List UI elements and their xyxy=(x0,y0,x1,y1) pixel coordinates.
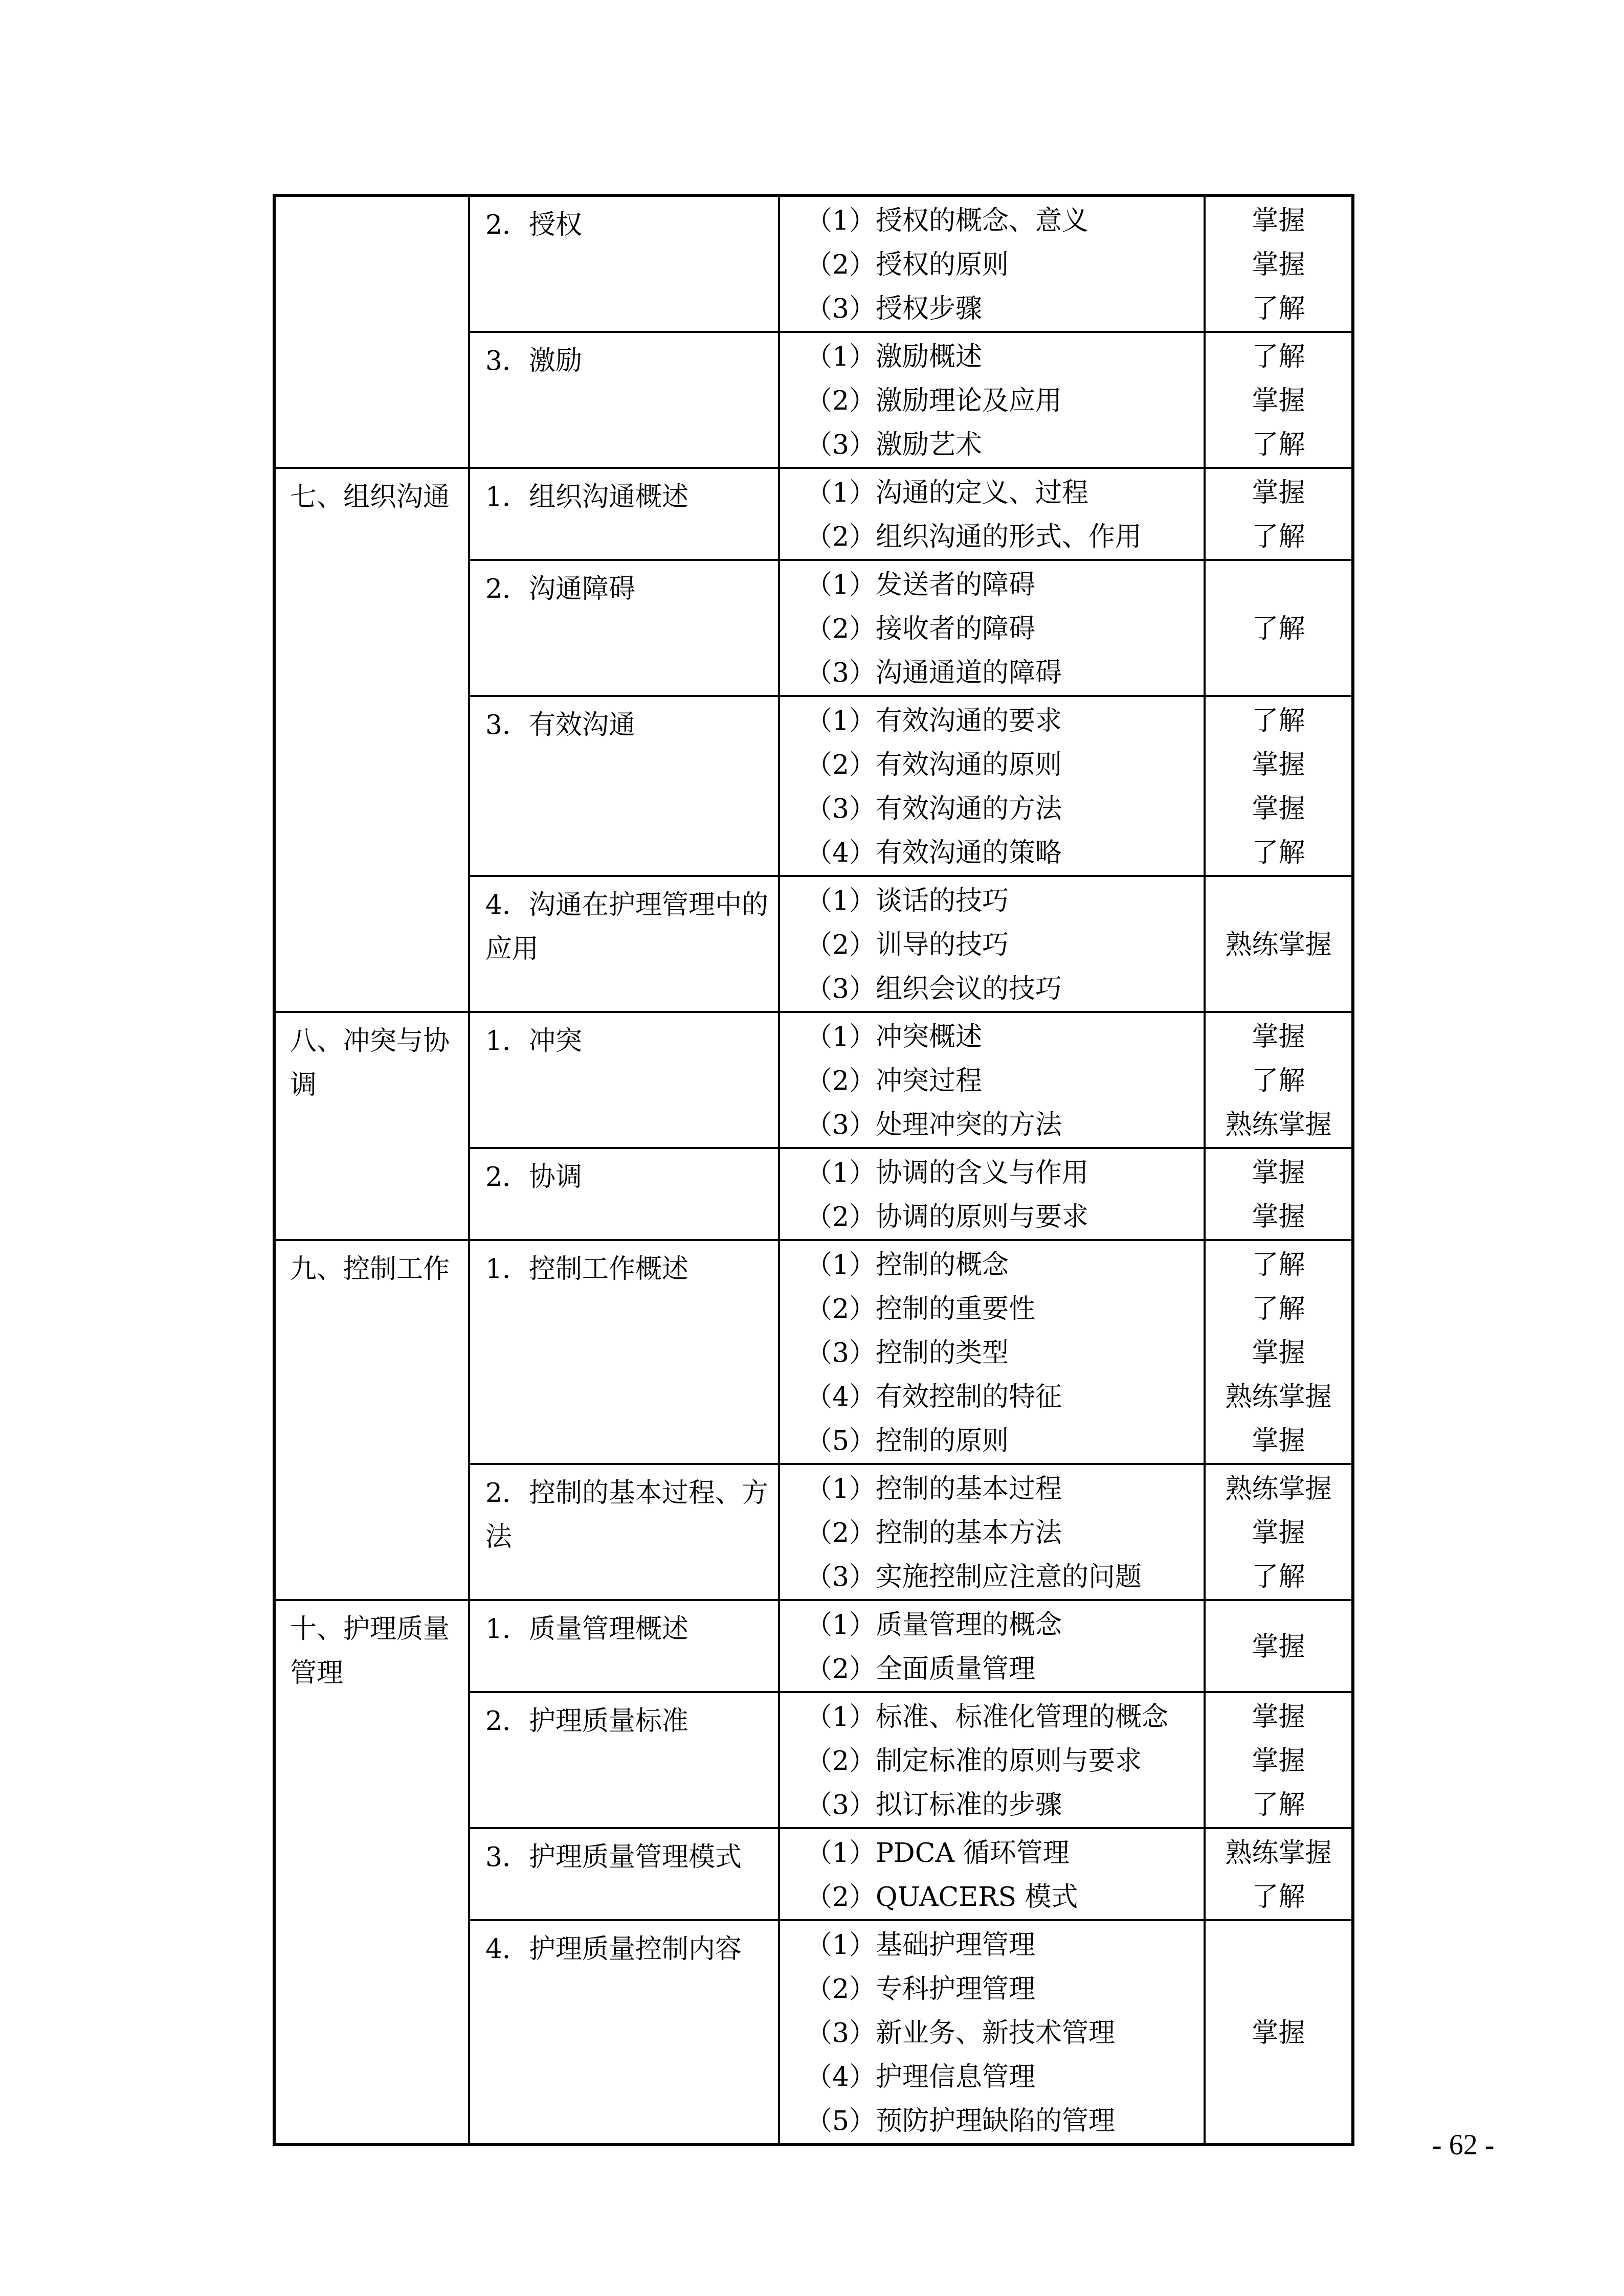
requirement-level: 了解 xyxy=(1206,1555,1351,1599)
content-item: （3）拟订标准的步骤 xyxy=(806,1783,1198,1827)
content-cell: （1）标准、标准化管理的概念（2）制定标准的原则与要求（3）拟订标准的步骤 xyxy=(779,1692,1205,1828)
topic-cell: 1．控制工作概述 xyxy=(469,1240,779,1464)
requirement-level: 熟练掌握 xyxy=(1206,1467,1351,1511)
topic-cell: 2．沟通障碍 xyxy=(469,560,779,696)
requirement-level: 熟练掌握 xyxy=(1206,1375,1351,1419)
requirement-level: 了解 xyxy=(1206,1783,1351,1827)
unit-cell: 八、冲突与协调 xyxy=(274,1012,469,1240)
content-cell: （1）谈话的技巧（2）训导的技巧（3）组织会议的技巧 xyxy=(779,876,1205,1012)
content-item: （3）组织会议的技巧 xyxy=(806,967,1198,1011)
content-item: （1）基础护理管理 xyxy=(806,1923,1198,1967)
requirement-level-cell: 掌握 xyxy=(1205,1920,1353,2145)
requirement-level: 了解 xyxy=(1206,1243,1351,1287)
content-item: （1）谈话的技巧 xyxy=(806,879,1198,923)
requirement-level: 了解 xyxy=(1206,423,1351,467)
content-cell: （1）PDCA 循环管理（2）QUACERS 模式 xyxy=(779,1828,1205,1920)
unit-cell xyxy=(274,195,469,468)
content-item: （1）冲突概述 xyxy=(806,1015,1198,1059)
requirement-level-cell: 了解了解掌握熟练掌握掌握 xyxy=(1205,1240,1353,1464)
requirement-level-cell: 熟练掌握 xyxy=(1205,876,1353,1012)
content-item: （1）授权的概念、意义 xyxy=(806,199,1198,243)
content-cell: （1）质量管理的概念（2）全面质量管理 xyxy=(779,1600,1205,1692)
topic-cell: 4．护理质量控制内容 xyxy=(469,1920,779,2145)
content-item: （2）控制的基本方法 xyxy=(806,1511,1198,1555)
content-item: （3）沟通通道的障碍 xyxy=(806,651,1198,695)
requirement-level: 掌握 xyxy=(1206,1015,1351,1059)
content-item: （2）授权的原则 xyxy=(806,243,1198,287)
topic-cell: 3．护理质量管理模式 xyxy=(469,1828,779,1920)
content-item: （1）质量管理的概念 xyxy=(806,1603,1198,1647)
requirement-level: 熟练掌握 xyxy=(1206,1831,1351,1875)
content-item: （2）QUACERS 模式 xyxy=(806,1875,1198,1919)
content-item: （2）专科护理管理 xyxy=(806,1967,1198,2011)
requirement-level: 掌握 xyxy=(1206,787,1351,831)
topic-cell: 2．协调 xyxy=(469,1148,779,1240)
requirement-level: 了解 xyxy=(1206,1287,1351,1331)
table-row: 九、控制工作1．控制工作概述（1）控制的概念（2）控制的重要性（3）控制的类型（… xyxy=(274,1240,1353,1464)
requirement-level: 掌握 xyxy=(1206,1151,1351,1195)
requirement-level: 掌握 xyxy=(1206,1195,1351,1239)
content-item: （4）护理信息管理 xyxy=(806,2055,1198,2099)
document-page: 2．授权（1）授权的概念、意义（2）授权的原则（3）授权步骤掌握掌握了解3．激励… xyxy=(0,0,1624,2296)
requirement-level: 了解 xyxy=(1206,287,1351,331)
topic-cell: 2．护理质量标准 xyxy=(469,1692,779,1828)
content-cell: （1）协调的含义与作用（2）协调的原则与要求 xyxy=(779,1148,1205,1240)
content-item: （4）有效沟通的策略 xyxy=(806,831,1198,875)
requirement-level: 掌握 xyxy=(1206,1695,1351,1739)
content-item: （1）标准、标准化管理的概念 xyxy=(806,1695,1198,1739)
unit-cell: 十、护理质量管理 xyxy=(274,1600,469,2145)
content-item: （2）冲突过程 xyxy=(806,1059,1198,1103)
requirement-level-cell: 熟练掌握掌握了解 xyxy=(1205,1464,1353,1600)
requirement-level: 熟练掌握 xyxy=(1206,1103,1351,1147)
requirement-level-cell: 掌握 xyxy=(1205,1600,1353,1692)
requirement-level-cell: 掌握掌握了解 xyxy=(1205,1692,1353,1828)
content-item: （1）协调的含义与作用 xyxy=(806,1151,1198,1195)
requirement-level: 了解 xyxy=(1206,699,1351,743)
topic-cell: 1．组织沟通概述 xyxy=(469,468,779,560)
topic-cell: 2．控制的基本过程、方法 xyxy=(469,1464,779,1600)
requirement-level-cell: 熟练掌握了解 xyxy=(1205,1828,1353,1920)
requirement-level: 掌握 xyxy=(1206,1331,1351,1375)
content-item: （4）有效控制的特征 xyxy=(806,1375,1198,1419)
content-cell: （1）基础护理管理（2）专科护理管理（3）新业务、新技术管理（4）护理信息管理（… xyxy=(779,1920,1205,2145)
content-cell: （1）沟通的定义、过程（2）组织沟通的形式、作用 xyxy=(779,468,1205,560)
content-item: （2）控制的重要性 xyxy=(806,1287,1198,1331)
requirement-level: 掌握 xyxy=(1206,1511,1351,1555)
topic-cell: 3．激励 xyxy=(469,332,779,468)
content-item: （2）协调的原则与要求 xyxy=(806,1195,1198,1239)
content-item: （1）控制的基本过程 xyxy=(806,1467,1198,1511)
content-item: （3）控制的类型 xyxy=(806,1331,1198,1375)
content-item: （1）激励概述 xyxy=(806,335,1198,379)
content-item: （3）实施控制应注意的问题 xyxy=(806,1555,1198,1599)
content-item: （1）沟通的定义、过程 xyxy=(806,471,1198,515)
content-cell: （1）激励概述（2）激励理论及应用（3）激励艺术 xyxy=(779,332,1205,468)
topic-cell: 2．授权 xyxy=(469,195,779,332)
topic-cell: 3．有效沟通 xyxy=(469,696,779,876)
table-row: 七、组织沟通1．组织沟通概述（1）沟通的定义、过程（2）组织沟通的形式、作用掌握… xyxy=(274,468,1353,560)
requirement-level: 掌握 xyxy=(1206,243,1351,287)
topic-cell: 1．冲突 xyxy=(469,1012,779,1148)
content-item: （3）有效沟通的方法 xyxy=(806,787,1198,831)
requirement-level-cell: 掌握掌握 xyxy=(1205,1148,1353,1240)
requirement-level: 掌握 xyxy=(1206,471,1351,515)
topic-cell: 1．质量管理概述 xyxy=(469,1600,779,1692)
requirement-level: 了解 xyxy=(1206,335,1351,379)
content-item: （2）组织沟通的形式、作用 xyxy=(806,515,1198,559)
requirement-level-cell: 掌握了解熟练掌握 xyxy=(1205,1012,1353,1148)
requirement-level: 了解 xyxy=(1206,1875,1351,1919)
content-item: （2）接收者的障碍 xyxy=(806,607,1198,651)
requirement-level: 掌握 xyxy=(1206,379,1351,423)
syllabus-table: 2．授权（1）授权的概念、意义（2）授权的原则（3）授权步骤掌握掌握了解3．激励… xyxy=(273,194,1354,2146)
requirement-level: 掌握 xyxy=(1206,1419,1351,1463)
table-row: 2．授权（1）授权的概念、意义（2）授权的原则（3）授权步骤掌握掌握了解 xyxy=(274,195,1353,332)
content-cell: （1）授权的概念、意义（2）授权的原则（3）授权步骤 xyxy=(779,195,1205,332)
requirement-level-cell: 了解 xyxy=(1205,560,1353,696)
page-number: - 62 - xyxy=(1432,2127,1494,2163)
requirement-level: 掌握 xyxy=(1206,743,1351,787)
content-cell: （1）冲突概述（2）冲突过程（3）处理冲突的方法 xyxy=(779,1012,1205,1148)
content-cell: （1）有效沟通的要求（2）有效沟通的原则（3）有效沟通的方法（4）有效沟通的策略 xyxy=(779,696,1205,876)
content-item: （2）制定标准的原则与要求 xyxy=(806,1739,1198,1783)
content-item: （5）控制的原则 xyxy=(806,1419,1198,1463)
unit-cell: 九、控制工作 xyxy=(274,1240,469,1600)
requirement-level-cell: 了解掌握了解 xyxy=(1205,332,1353,468)
requirement-level-cell: 掌握了解 xyxy=(1205,468,1353,560)
requirement-level: 了解 xyxy=(1206,515,1351,559)
content-item: （1）控制的概念 xyxy=(806,1243,1198,1287)
content-item: （5）预防护理缺陷的管理 xyxy=(806,2099,1198,2143)
content-cell: （1）控制的基本过程（2）控制的基本方法（3）实施控制应注意的问题 xyxy=(779,1464,1205,1600)
requirement-level: 掌握 xyxy=(1206,1739,1351,1783)
content-item: （1）PDCA 循环管理 xyxy=(806,1831,1198,1875)
content-item: （3）激励艺术 xyxy=(806,423,1198,467)
content-cell: （1）控制的概念（2）控制的重要性（3）控制的类型（4）有效控制的特征（5）控制… xyxy=(779,1240,1205,1464)
content-item: （3）授权步骤 xyxy=(806,287,1198,331)
content-item: （1）有效沟通的要求 xyxy=(806,699,1198,743)
table-row: 十、护理质量管理1．质量管理概述（1）质量管理的概念（2）全面质量管理掌握 xyxy=(274,1600,1353,1692)
requirement-level: 了解 xyxy=(1206,1059,1351,1103)
content-item: （2）训导的技巧 xyxy=(806,923,1198,967)
content-item: （2）有效沟通的原则 xyxy=(806,743,1198,787)
content-item: （3）新业务、新技术管理 xyxy=(806,2011,1198,2055)
topic-cell: 4．沟通在护理管理中的应用 xyxy=(469,876,779,1012)
requirement-level-cell: 了解掌握掌握了解 xyxy=(1205,696,1353,876)
table-row: 八、冲突与协调1．冲突（1）冲突概述（2）冲突过程（3）处理冲突的方法掌握了解熟… xyxy=(274,1012,1353,1148)
unit-cell: 七、组织沟通 xyxy=(274,468,469,1012)
requirement-level: 掌握 xyxy=(1206,199,1351,243)
content-item: （3）处理冲突的方法 xyxy=(806,1103,1198,1147)
content-item: （2）全面质量管理 xyxy=(806,1647,1198,1691)
content-item: （2）激励理论及应用 xyxy=(806,379,1198,423)
content-cell: （1）发送者的障碍（2）接收者的障碍（3）沟通通道的障碍 xyxy=(779,560,1205,696)
requirement-level-cell: 掌握掌握了解 xyxy=(1205,195,1353,332)
requirement-level: 了解 xyxy=(1206,831,1351,875)
content-item: （1）发送者的障碍 xyxy=(806,563,1198,607)
